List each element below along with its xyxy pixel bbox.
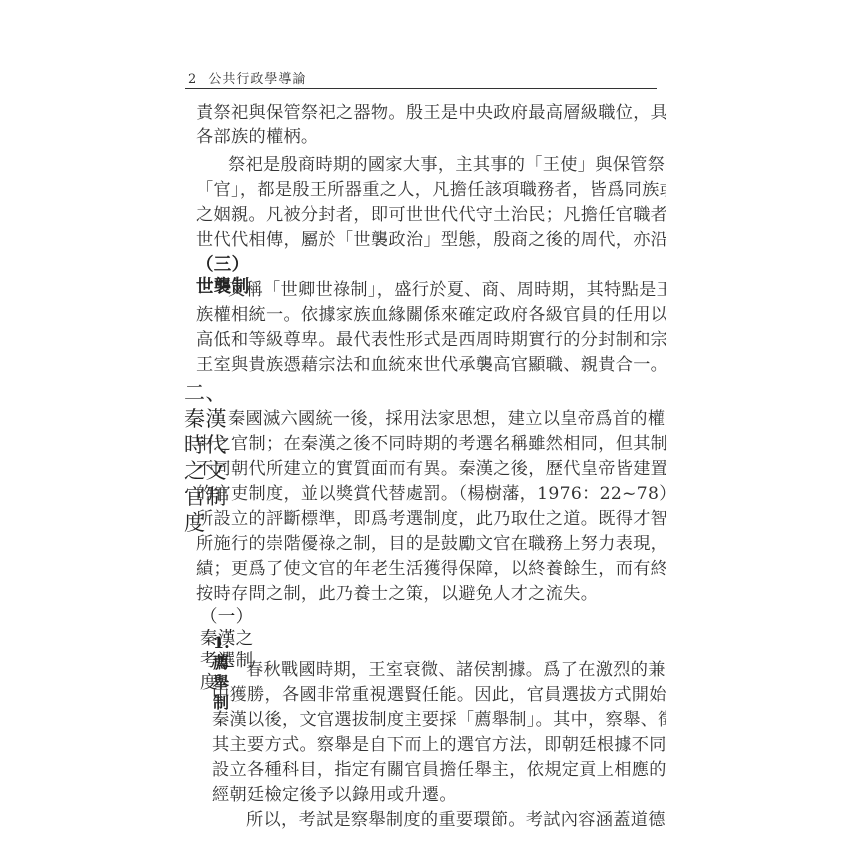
text-line: 中獲勝，各國非常重視選賢任能。因此，官員選拔方式開始多樣化。 bbox=[212, 685, 666, 706]
header-rule bbox=[185, 88, 657, 89]
text-line: 中之官制；在秦漢之後不同時期的考選名稱雖然相同，但其制度常因爲 bbox=[196, 434, 666, 455]
text-line: 高低和等級尊卑。最代表性形式是西周時期實行的分封制和宗法制， bbox=[196, 330, 666, 351]
text-line: 世代代相傳，屬於「世襲政治」型態，殷商之後的周代，亦沿襲殷法。 bbox=[196, 230, 666, 251]
text-line: 各部族的權柄。 bbox=[196, 127, 666, 148]
text-line: 其主要方式。察舉是自下而上的選官方法，即朝廷根據不同的需要 bbox=[212, 735, 666, 756]
text-line: 祭祀是殷商時期的國家大事，主其事的「王使」與保管祭肉之 bbox=[228, 155, 666, 176]
book-page: 2 公共行政學導論 責祭祀與保管祭祀之器物。殷王是中央政府最高層級職位，具有統治… bbox=[0, 0, 850, 850]
book-title: 公共行政學導論 bbox=[208, 72, 306, 87]
text-line: 績；更爲了使文官的年老生活獲得保障，以終養餘生，而有終身秩祿及 bbox=[196, 559, 666, 580]
page-number: 2 bbox=[188, 72, 197, 87]
text-line: 秦漢以後，文官選拔制度主要採「薦舉制」。其中，察舉、徵辟是 bbox=[212, 710, 666, 731]
text-line: 不同朝代所建立的實質面而有異。秦漢之後，歷代皇帝皆建置賞罰分明 bbox=[196, 459, 666, 480]
text-line: 族權相統一。依據家族血緣關係來確定政府各級官員的任用以及官爵 bbox=[196, 305, 666, 326]
text-line: 之姻親。凡被分封者，即可世世代代守土治民；凡擔任官職者，可世 bbox=[196, 205, 666, 226]
text-line: 所以，考試是察舉制度的重要環節。考試內容涵蓋道德品行、 bbox=[246, 810, 666, 831]
text-line: 經朝廷檢定後予以錄用或升遷。 bbox=[212, 785, 666, 806]
text-line: 所施行的崇階優祿之制，目的是鼓勵文官在職務上努力表現，創造政 bbox=[196, 534, 666, 555]
text-line: 的官吏制度，並以獎賞代替處罰。（楊樹藩，1976：22~78）爲了選人才 bbox=[196, 484, 666, 505]
text-line: 「官」，都是殷王所器重之人，凡擔任該項職務者，皆爲同族或殷王 bbox=[196, 180, 666, 201]
text-line: 責祭祀與保管祭祀之器物。殷王是中央政府最高層級職位，具有統治 bbox=[196, 103, 666, 124]
text-line: 王室與貴族憑藉宗法和血統來世代承襲高官顯職、親貴合一。 bbox=[196, 355, 666, 376]
text-line: 又稱「世卿世祿制」，盛行於夏、商、周時期，其特點是王權與 bbox=[228, 280, 666, 301]
text-line: 春秋戰國時期，王室衰微、諸侯割據。爲了在激烈的兼併戰爭 bbox=[246, 660, 666, 681]
text-line: 秦國滅六國統一後，採用法家思想，建立以皇帝爲首的權力高度集 bbox=[228, 409, 666, 430]
text-line: 按時存問之制，此乃養士之策，以避免人才之流失。 bbox=[196, 584, 666, 605]
text-line: 所設立的評斷標準，即爲考選制度，此乃取仕之道。既得才智之士爲用， bbox=[196, 509, 666, 530]
running-header: 2 公共行政學導論 bbox=[188, 68, 306, 87]
text-line: 設立各種科目，指定有關官員擔任舉主，依規定貢上相應的人才， bbox=[212, 760, 666, 781]
